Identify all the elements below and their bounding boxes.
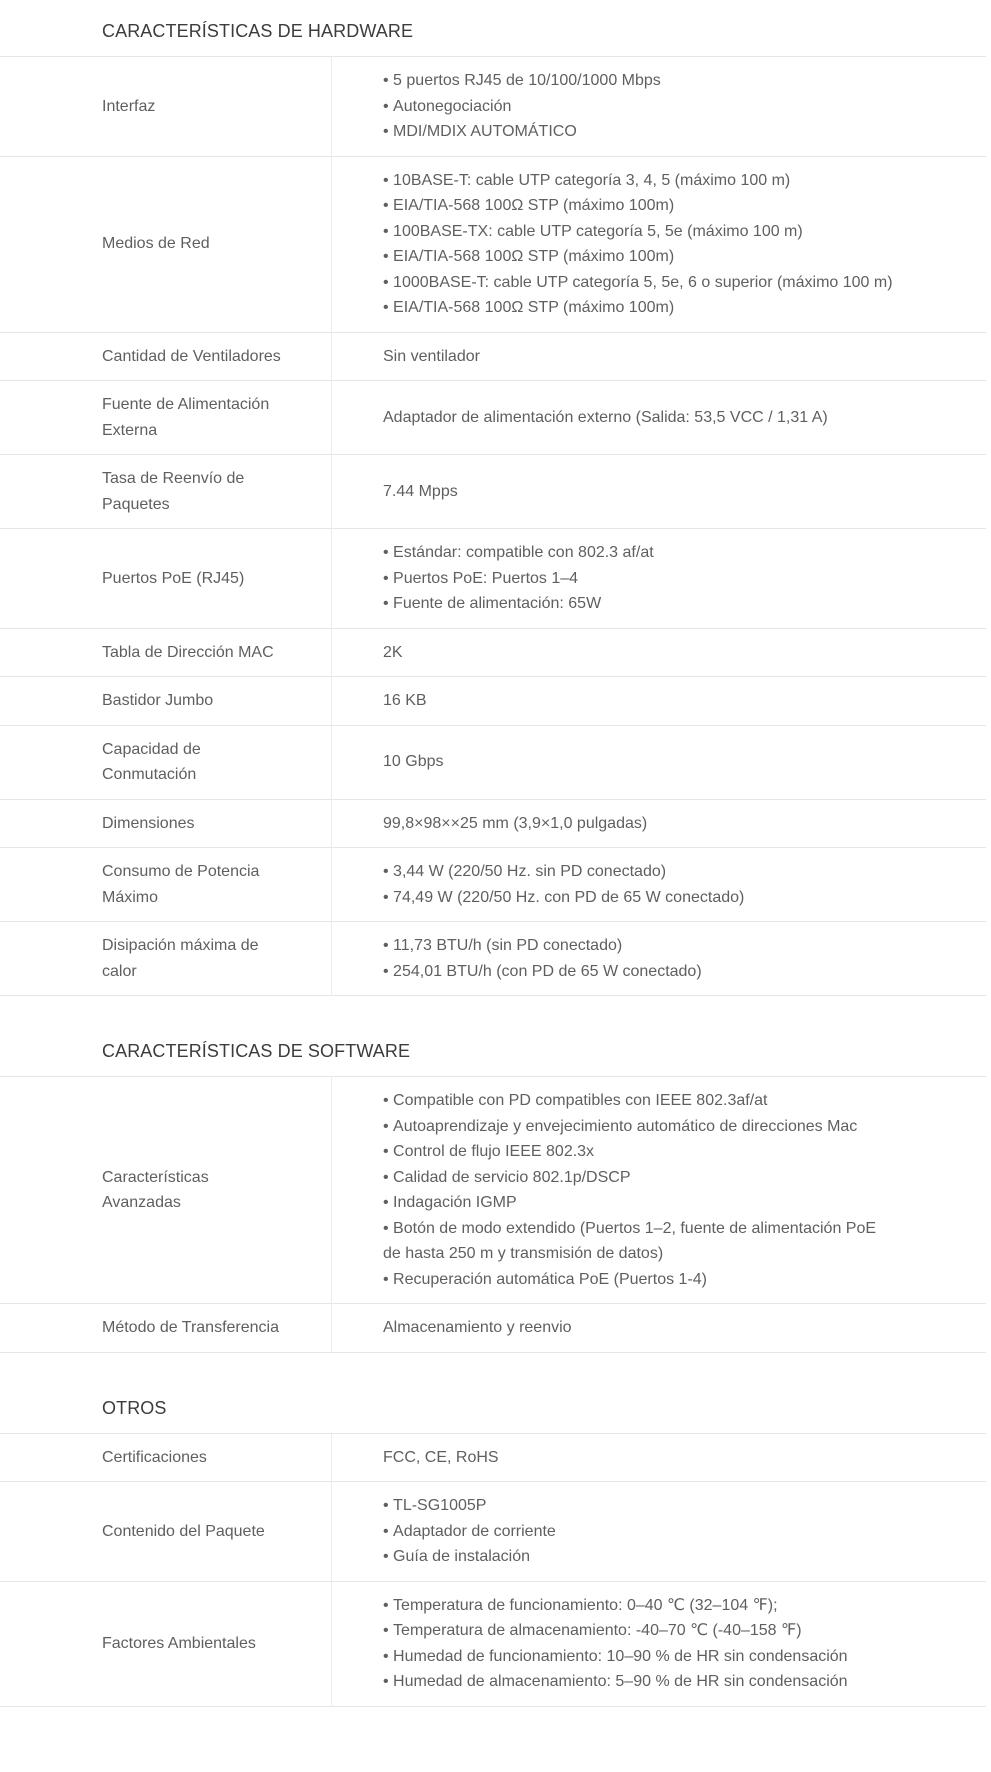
spec-label: Capacidad de Conmutación xyxy=(0,726,332,799)
spec-row: Contenido del PaqueteTL-SG1005PAdaptador… xyxy=(0,1482,986,1582)
spec-value-item: Botón de modo extendido (Puertos 1–2, fu… xyxy=(383,1216,896,1267)
spec-value-item: Autonegociación xyxy=(383,94,661,120)
spec-value-list: Estándar: compatible con 802.3 af/atPuer… xyxy=(383,540,654,617)
spec-row: Puertos PoE (RJ45)Estándar: compatible c… xyxy=(0,529,986,629)
spec-value-list: 3,44 W (220/50 Hz. sin PD conectado)74,4… xyxy=(383,859,744,910)
spec-row: Medios de Red10BASE-T: cable UTP categor… xyxy=(0,157,986,333)
spec-value-list: Compatible con PD compatibles con IEEE 8… xyxy=(383,1088,896,1292)
spec-value-item: MDI/MDIX AUTOMÁTICO xyxy=(383,119,661,145)
spec-label: Método de Transferencia xyxy=(0,1304,332,1352)
spec-value-item: Humedad de funcionamiento: 10–90 % de HR… xyxy=(383,1644,848,1670)
spec-label: Certificaciones xyxy=(0,1434,332,1482)
spec-page: CARACTERÍSTICAS DE HARDWAREInterfaz5 pue… xyxy=(0,0,991,1707)
spec-label: Medios de Red xyxy=(0,157,332,332)
spec-table: CertificacionesFCC, CE, RoHSContenido de… xyxy=(0,1433,986,1707)
spec-value-text: 16 KB xyxy=(383,688,427,714)
spec-label: Disipación máxima de calor xyxy=(0,922,332,995)
spec-value-item: 3,44 W (220/50 Hz. sin PD conectado) xyxy=(383,859,744,885)
spec-label: Interfaz xyxy=(0,57,332,156)
spec-value: 5 puertos RJ45 de 10/100/1000 MbpsAutone… xyxy=(332,57,986,156)
spec-value-text: Almacenamiento y reenvio xyxy=(383,1315,572,1341)
spec-value-item: Estándar: compatible con 802.3 af/at xyxy=(383,540,654,566)
spec-row: Bastidor Jumbo16 KB xyxy=(0,677,986,726)
spec-value: Adaptador de alimentación externo (Salid… xyxy=(332,381,986,454)
spec-value: 10BASE-T: cable UTP categoría 3, 4, 5 (m… xyxy=(332,157,986,332)
spec-row: Capacidad de Conmutación10 Gbps xyxy=(0,726,986,800)
spec-row: Dimensiones99,8×98××25 mm (3,9×1,0 pulga… xyxy=(0,800,986,849)
spec-row: Cantidad de VentiladoresSin ventilador xyxy=(0,333,986,382)
spec-label: Bastidor Jumbo xyxy=(0,677,332,725)
spec-label: Tasa de Reenvío de Paquetes xyxy=(0,455,332,528)
spec-value-text: 7.44 Mpps xyxy=(383,479,458,505)
spec-label: Fuente de Alimentación Externa xyxy=(0,381,332,454)
spec-value: FCC, CE, RoHS xyxy=(332,1434,986,1482)
spec-label: Contenido del Paquete xyxy=(0,1482,332,1581)
spec-value-item: 100BASE-TX: cable UTP categoría 5, 5e (m… xyxy=(383,219,893,245)
spec-row: Disipación máxima de calor11,73 BTU/h (s… xyxy=(0,922,986,996)
section-title: CARACTERÍSTICAS DE SOFTWARE xyxy=(0,996,991,1076)
spec-value-item: Calidad de servicio 802.1p/DSCP xyxy=(383,1165,896,1191)
spec-row: Tabla de Dirección MAC2K xyxy=(0,629,986,678)
spec-label: Dimensiones xyxy=(0,800,332,848)
spec-row: Factores AmbientalesTemperatura de funci… xyxy=(0,1582,986,1707)
section-title: CARACTERÍSTICAS DE HARDWARE xyxy=(0,0,991,56)
spec-value-item: Adaptador de corriente xyxy=(383,1519,556,1545)
spec-value: 2K xyxy=(332,629,986,677)
spec-row: Interfaz5 puertos RJ45 de 10/100/1000 Mb… xyxy=(0,57,986,157)
spec-value: 7.44 Mpps xyxy=(332,455,986,528)
spec-value: 16 KB xyxy=(332,677,986,725)
spec-value-text: 10 Gbps xyxy=(383,749,443,775)
spec-value-item: 5 puertos RJ45 de 10/100/1000 Mbps xyxy=(383,68,661,94)
spec-label: Características Avanzadas xyxy=(0,1077,332,1303)
spec-table: Interfaz5 puertos RJ45 de 10/100/1000 Mb… xyxy=(0,56,986,996)
spec-value-item: 74,49 W (220/50 Hz. con PD de 65 W conec… xyxy=(383,885,744,911)
spec-value: Compatible con PD compatibles con IEEE 8… xyxy=(332,1077,986,1303)
spec-value-item: EIA/TIA-568 100Ω STP (máximo 100m) xyxy=(383,193,893,219)
spec-row: Método de TransferenciaAlmacenamiento y … xyxy=(0,1304,986,1353)
spec-row: Características AvanzadasCompatible con … xyxy=(0,1077,986,1304)
spec-value-text: 99,8×98××25 mm (3,9×1,0 pulgadas) xyxy=(383,811,647,837)
spec-row: Tasa de Reenvío de Paquetes7.44 Mpps xyxy=(0,455,986,529)
spec-value-item: Temperatura de funcionamiento: 0–40 ℃ (3… xyxy=(383,1593,848,1619)
spec-row: Fuente de Alimentación ExternaAdaptador … xyxy=(0,381,986,455)
spec-value-list: 5 puertos RJ45 de 10/100/1000 MbpsAutone… xyxy=(383,68,661,145)
spec-value-text: Sin ventilador xyxy=(383,344,480,370)
spec-value-item: 10BASE-T: cable UTP categoría 3, 4, 5 (m… xyxy=(383,168,893,194)
spec-label: Cantidad de Ventiladores xyxy=(0,333,332,381)
spec-value-item: Fuente de alimentación: 65W xyxy=(383,591,654,617)
spec-value: 3,44 W (220/50 Hz. sin PD conectado)74,4… xyxy=(332,848,986,921)
spec-label: Consumo de Potencia Máximo xyxy=(0,848,332,921)
spec-value: TL-SG1005PAdaptador de corrienteGuía de … xyxy=(332,1482,986,1581)
spec-value: Temperatura de funcionamiento: 0–40 ℃ (3… xyxy=(332,1582,986,1706)
spec-value-item: Humedad de almacenamiento: 5–90 % de HR … xyxy=(383,1669,848,1695)
spec-value: Sin ventilador xyxy=(332,333,986,381)
spec-value: 99,8×98××25 mm (3,9×1,0 pulgadas) xyxy=(332,800,986,848)
spec-value-item: Control de flujo IEEE 802.3x xyxy=(383,1139,896,1165)
section-title-text: CARACTERÍSTICAS DE SOFTWARE xyxy=(102,1042,410,1060)
spec-value-list: 10BASE-T: cable UTP categoría 3, 4, 5 (m… xyxy=(383,168,893,321)
spec-value-item: 254,01 BTU/h (con PD de 65 W conectado) xyxy=(383,959,702,985)
spec-value-text: Adaptador de alimentación externo (Salid… xyxy=(383,405,828,431)
section-title: OTROS xyxy=(0,1353,991,1433)
spec-value-list: 11,73 BTU/h (sin PD conectado)254,01 BTU… xyxy=(383,933,702,984)
spec-value-item: Indagación IGMP xyxy=(383,1190,896,1216)
section-title-text: CARACTERÍSTICAS DE HARDWARE xyxy=(102,22,413,40)
spec-value-item: Temperatura de almacenamiento: -40–70 ℃ … xyxy=(383,1618,848,1644)
spec-value-item: Guía de instalación xyxy=(383,1544,556,1570)
spec-value-item: 1000BASE-T: cable UTP categoría 5, 5e, 6… xyxy=(383,270,893,296)
spec-value-item: EIA/TIA-568 100Ω STP (máximo 100m) xyxy=(383,295,893,321)
spec-table: Características AvanzadasCompatible con … xyxy=(0,1076,986,1353)
spec-row: Consumo de Potencia Máximo3,44 W (220/50… xyxy=(0,848,986,922)
spec-label: Tabla de Dirección MAC xyxy=(0,629,332,677)
spec-value-item: Compatible con PD compatibles con IEEE 8… xyxy=(383,1088,896,1114)
spec-label: Factores Ambientales xyxy=(0,1582,332,1706)
section-title-text: OTROS xyxy=(102,1399,167,1417)
spec-value: 10 Gbps xyxy=(332,726,986,799)
spec-value-item: Puertos PoE: Puertos 1–4 xyxy=(383,566,654,592)
spec-value-item: TL-SG1005P xyxy=(383,1493,556,1519)
spec-value-item: EIA/TIA-568 100Ω STP (máximo 100m) xyxy=(383,244,893,270)
spec-value: Almacenamiento y reenvio xyxy=(332,1304,986,1352)
spec-row: CertificacionesFCC, CE, RoHS xyxy=(0,1434,986,1483)
spec-value: Estándar: compatible con 802.3 af/atPuer… xyxy=(332,529,986,628)
spec-value-item: Recuperación automática PoE (Puertos 1-4… xyxy=(383,1267,896,1293)
spec-value-list: Temperatura de funcionamiento: 0–40 ℃ (3… xyxy=(383,1593,848,1695)
spec-label: Puertos PoE (RJ45) xyxy=(0,529,332,628)
spec-value-text: 2K xyxy=(383,640,403,666)
spec-value-list: TL-SG1005PAdaptador de corrienteGuía de … xyxy=(383,1493,556,1570)
spec-value-item: Autoaprendizaje y envejecimiento automát… xyxy=(383,1114,896,1140)
spec-value-text: FCC, CE, RoHS xyxy=(383,1445,499,1471)
spec-value-item: 11,73 BTU/h (sin PD conectado) xyxy=(383,933,702,959)
spec-value: 11,73 BTU/h (sin PD conectado)254,01 BTU… xyxy=(332,922,986,995)
